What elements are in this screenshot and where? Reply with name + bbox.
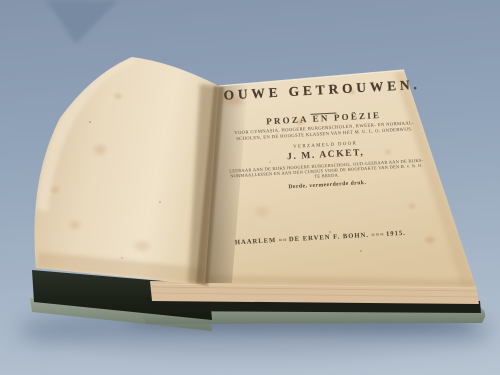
book-reflection: [50, 334, 460, 366]
backdrop-shadow-wedge: [46, 0, 118, 44]
imprint-city: HAARLEM: [235, 237, 277, 246]
imprint-ornament: ≈ ≈: [279, 237, 287, 243]
imprint-ornament: ≈ ≈ ≈: [371, 232, 383, 239]
imprint-year: 1915.: [386, 230, 406, 238]
title-page-text: OUWE GETROUWEN. PROZA EN POËZIE VOOR GYM…: [195, 51, 459, 285]
imprint-line: HAARLEM ≈ ≈ DE ERVEN F. BOHN. ≈ ≈ ≈ 1915…: [194, 228, 446, 249]
photo-of-open-book: OUWE GETROUWEN. PROZA EN POËZIE VOOR GYM…: [0, 0, 500, 375]
imprint-publisher: DE ERVEN F. BOHN.: [289, 232, 369, 243]
